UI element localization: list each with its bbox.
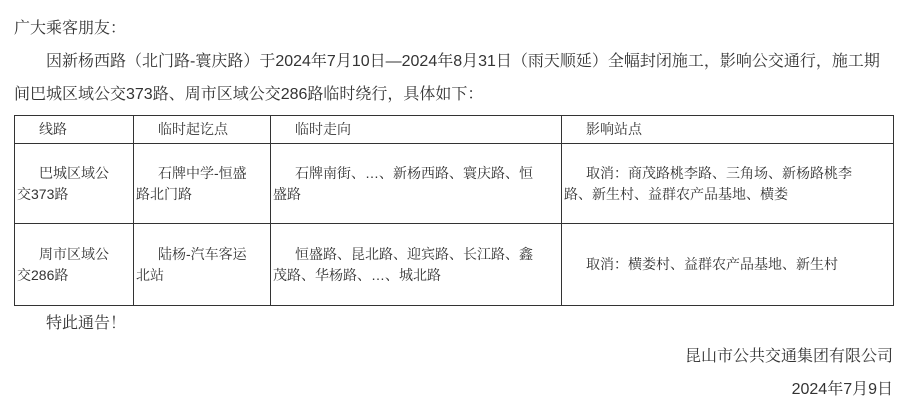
cell-direction: 石牌南街、…、新杨西路、寰庆路、恒盛路 (271, 144, 562, 224)
detour-table: 线路 临时起讫点 临时走向 影响站点 巴城区域公交373路 石牌中学-恒盛路北门… (14, 115, 894, 306)
company-signature: 昆山市公共交通集团有限公司 (14, 340, 893, 373)
column-header-route: 线路 (15, 116, 134, 144)
column-header-affected-stops: 影响站点 (562, 116, 894, 144)
cell-route: 巴城区域公交373路 (15, 144, 134, 224)
notice-date: 2024年7月9日 (14, 373, 893, 406)
closing-line: 特此通告！ (14, 307, 893, 340)
cell-direction: 恒盛路、昆北路、迎宾路、长江路、鑫茂路、华杨路、…、城北路 (271, 224, 562, 306)
table-header-row: 线路 临时起讫点 临时走向 影响站点 (15, 116, 894, 144)
greeting-line: 广大乘客朋友： (14, 12, 893, 45)
cell-affected-stops: 取消：横娄村、益群农产品基地、新生村 (562, 224, 894, 306)
notice-body-paragraph: 因新杨西路（北门路-寰庆路）于2024年7月10日—2024年8月31日（雨天顺… (14, 45, 893, 111)
column-header-endpoints: 临时起讫点 (134, 116, 271, 144)
cell-endpoints: 石牌中学-恒盛路北门路 (134, 144, 271, 224)
notice-page: 广大乘客朋友： 因新杨西路（北门路-寰庆路）于2024年7月10日—2024年8… (0, 0, 904, 412)
table-row-route-373: 巴城区域公交373路 石牌中学-恒盛路北门路 石牌南街、…、新杨西路、寰庆路、恒… (15, 144, 894, 224)
cell-affected-stops: 取消：商茂路桃李路、三角场、新杨路桃李路、新生村、益群农产品基地、横娄 (562, 144, 894, 224)
cell-route: 周市区域公交286路 (15, 224, 134, 306)
cell-endpoints: 陆杨-汽车客运北站 (134, 224, 271, 306)
column-header-direction: 临时走向 (271, 116, 562, 144)
table-row-route-286: 周市区域公交286路 陆杨-汽车客运北站 恒盛路、昆北路、迎宾路、长江路、鑫茂路… (15, 224, 894, 306)
